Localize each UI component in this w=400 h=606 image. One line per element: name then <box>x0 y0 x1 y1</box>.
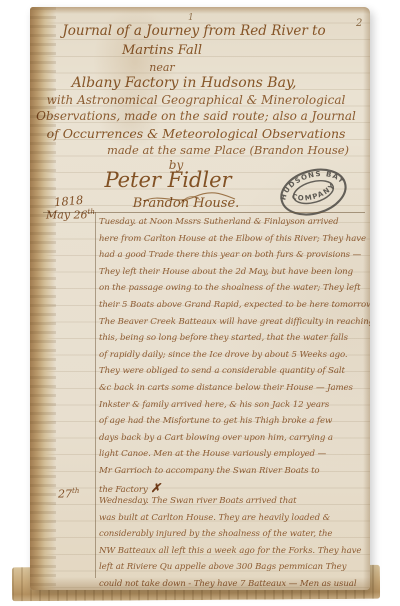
entry-line: light Canoe. Men at the House variously … <box>99 446 367 463</box>
entry-line: The Beaver Creek Batteaux will have grea… <box>99 314 367 331</box>
entry-line: Inkster & family arrived here, & his son… <box>99 397 367 414</box>
entry-line: had a good Trade there this year on both… <box>99 247 367 264</box>
entry-year: 1818 <box>53 193 83 209</box>
entry-line: Tuesday. at Noon Mssrs Sutherland & Finl… <box>99 214 367 231</box>
title-line: Observations, made on the said route; al… <box>30 109 366 123</box>
entry-line: could not take down - They have 7 Battea… <box>99 576 367 590</box>
manuscript-page: 1 2 Journal of a Journey from Red River … <box>30 7 370 590</box>
title-line: Albany Factory in Hudsons Bay, <box>30 75 354 91</box>
entry-line: considerably injured by the shoalness of… <box>99 526 367 543</box>
entry-line: of rapidly daily; since the Ice drove by… <box>99 347 367 364</box>
journal-entry-may-26: Tuesday. at Noon Mssrs Sutherland & Finl… <box>99 214 367 496</box>
title-line: near <box>30 61 332 74</box>
title-line: with Astronomical Geographical & Minerol… <box>30 93 366 107</box>
title-line: of Occurrences & Meteorological Observat… <box>30 126 366 141</box>
entry-date-may-27: 27th <box>58 487 79 501</box>
entry-line: &c back in carts some distance below the… <box>99 380 367 397</box>
entry-line: of age had the Misfortune to get his Thi… <box>99 413 367 430</box>
margin-rule <box>95 212 96 578</box>
entry-line: this, being so long before they started,… <box>99 330 367 347</box>
entry-line: Wednesday. The Swan river Boats arrived … <box>99 493 367 510</box>
title-line: Journal of a Journey from Red River to <box>30 23 364 39</box>
journal-entry-may-27: Wednesday. The Swan river Boats arrived … <box>99 493 367 590</box>
title-line: made at the same Place (Brandon House) <box>58 143 370 157</box>
entry-line: left at Riviere Qu appelle above 300 Bag… <box>99 559 367 576</box>
page-top-edge <box>30 7 370 14</box>
scan-background: 1 2 Journal of a Journey from Red River … <box>0 0 400 606</box>
entry-line: They were obliged to send a considerable… <box>99 363 367 380</box>
entry-line: on the passage owing to the shoalness of… <box>99 280 367 297</box>
entry-date-may-26: May 26th <box>46 208 95 222</box>
entry-line: Mr Garrioch to accompany the Swan River … <box>99 463 367 480</box>
entry-line: days back by a Cart blowing over upon hi… <box>99 430 367 447</box>
entry-line: They left their House about the 2d May, … <box>99 264 367 281</box>
entry-line: NW Batteaux all left this a week ago for… <box>99 543 367 560</box>
title-line: Martins Fall <box>30 43 332 58</box>
entry-line: their 5 Boats above Grand Rapid, expecte… <box>99 297 367 314</box>
entry-line: was built at Carlton House. They are hea… <box>99 510 367 527</box>
entry-line: here from Carlton House at the Elbow of … <box>99 231 367 248</box>
folio-mark: 1 <box>188 13 194 23</box>
